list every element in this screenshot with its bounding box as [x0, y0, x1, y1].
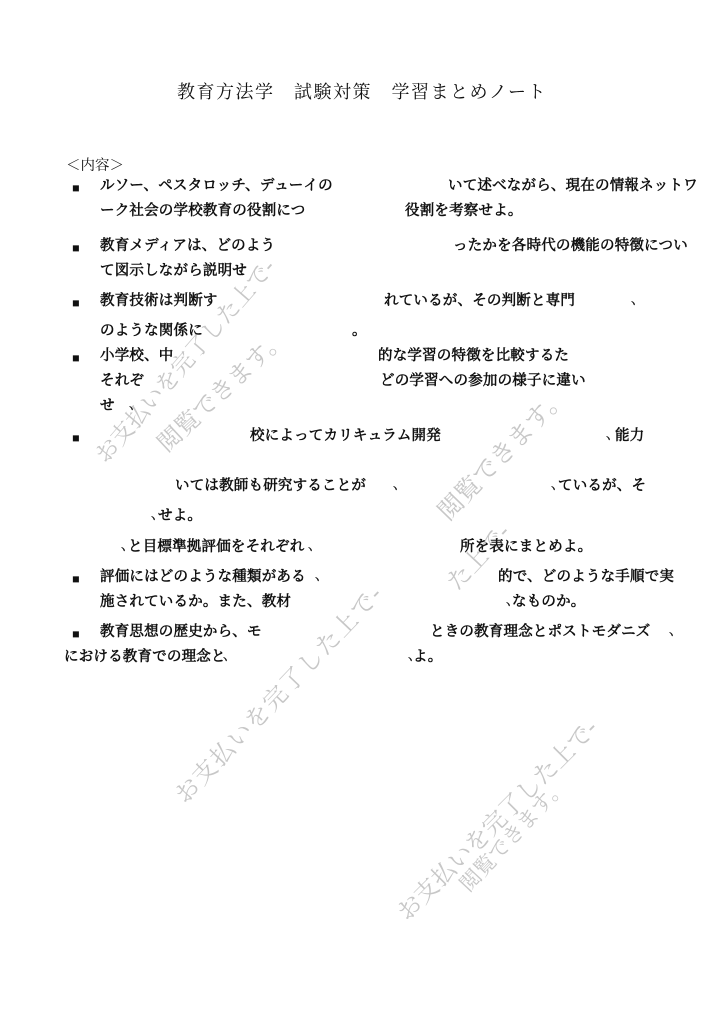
bullet-marker: ■ [72, 347, 80, 368]
text-fragment: 所を表にまとめよ。 [460, 538, 592, 557]
bullet-marker: ■ [72, 292, 80, 313]
text-fragment: における教育での理念と [64, 648, 226, 667]
text-fragment: のような関係に [100, 322, 203, 341]
cut-mark: ヽ [236, 262, 246, 284]
cut-mark: ヽ [118, 538, 128, 560]
text-fragment: 能力 [615, 427, 644, 446]
text-fragment: 教育メディアは、どのよう [100, 237, 275, 256]
text-fragment: ているが、そ [558, 477, 646, 496]
text-fragment: 的で、どのような手順で実 [498, 568, 674, 587]
text-fragment: 評価にはどのような種類がある [100, 568, 306, 587]
text-fragment: ったかを各時代の機能の特徴につい [453, 237, 688, 256]
cut-mark: ヽ [548, 477, 558, 499]
text-fragment: せよ。 [158, 507, 202, 526]
cut-mark: ヽ [312, 568, 322, 590]
text-fragment: いては教師も研究することが [175, 477, 366, 496]
cut-mark: ヽ [305, 538, 315, 560]
cut-mark: ヽ [390, 477, 400, 499]
cut-mark: ヽ [628, 292, 638, 314]
cut-mark: ヽ [666, 623, 676, 645]
text-fragment: と目標準拠評価をそれぞれ [128, 538, 304, 557]
text-fragment: どの学習への参加の様子に違い [380, 372, 586, 391]
text-fragment: れているが、その判断と専門 [384, 292, 575, 311]
document-page: 教育方法学 試験対策 学習まとめノート ＜内容＞ お支払いを完了した上で-閲覧で… [0, 0, 724, 1024]
cut-mark: ヽ [603, 427, 613, 449]
text-fragment: なものか。 [512, 593, 586, 612]
text-fragment: 的な学習の特徴を比較するた [378, 347, 569, 366]
text-fragment: よ。 [413, 648, 442, 667]
bullet-marker: ■ [72, 623, 80, 644]
text-fragment: 施されているか。また、教材 [100, 593, 291, 612]
cut-mark: ヽ [126, 397, 136, 419]
text-fragment: 小学校、中 [100, 347, 174, 366]
text-fragment: いて述べながら、現在の情報ネットワ [448, 177, 698, 196]
text-fragment: 。 [352, 322, 367, 341]
cut-mark: ヽ [148, 507, 158, 529]
text-fragment: て図示しながら説明せ [100, 262, 247, 281]
text-fragment: 役割を考察せよ。 [405, 202, 523, 221]
bullet-marker: ■ [72, 177, 80, 198]
text-fragment: ときの教育理念とポストモダニズ [430, 623, 651, 642]
cut-mark: ヽ [220, 648, 230, 670]
bullet-marker: ■ [72, 237, 80, 258]
bullet-marker: ■ [72, 568, 80, 589]
text-fragment: せ [100, 397, 115, 416]
text-fragment: それぞ [100, 372, 144, 391]
text-fragment: ーク社会の学校教育の役割につ [100, 202, 306, 221]
text-fragment: 教育思想の歴史から、モ [100, 623, 262, 642]
text-fragment: ルソー、ペスタロッチ、デューイの [100, 177, 333, 196]
text-fragment: 教育技術は判断す [100, 292, 218, 311]
text-layer: ■ルソー、ペスタロッチ、デューイのいて述べながら、現在の情報ネットワーク社会の学… [0, 0, 724, 1024]
bullet-marker: ■ [72, 427, 80, 448]
text-fragment: 校によってカリキュラム開発 [250, 427, 441, 446]
